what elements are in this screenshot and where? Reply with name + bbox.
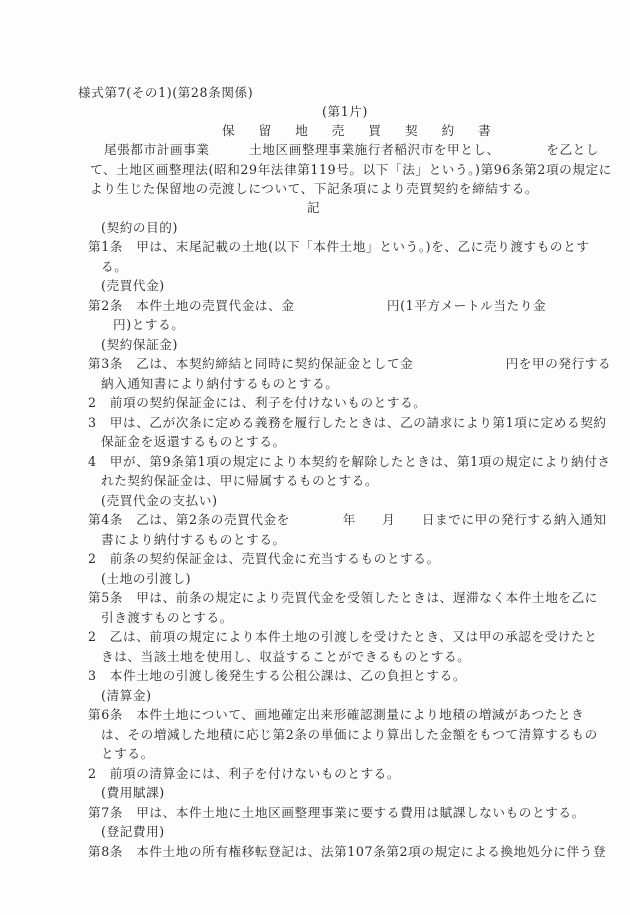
clause-line: 2 乙は、前項の規定により本件土地の引渡しを受けたとき、又は甲の承認を受けたと — [88, 627, 597, 647]
article-line: る。 — [101, 257, 127, 277]
section-heading: (登記費用) — [101, 822, 165, 842]
article-line: とする。 — [101, 744, 154, 764]
clause-line: 2 前条の契約保証金は、売買代金に充当するものとする。 — [88, 549, 440, 569]
article-line: は、その増減した地積に応じ第2条の単価により算出した金額をもつて清算するもの — [101, 725, 598, 745]
article-5: 第5条 甲は、前条の規定により売買代金を受領したときは、遅滞なく本件土地を乙に — [88, 588, 598, 608]
section-heading: (売買代金) — [101, 276, 165, 296]
article-line: れた契約保証金は、甲に帰属するものとする。 — [101, 471, 378, 491]
section-heading: (土地の引渡し) — [101, 569, 191, 589]
article-line: きは、当該土地を使用し、収益することができるものとする。 — [101, 647, 470, 667]
sheet-label: (第1片) — [0, 102, 630, 122]
article-6: 第6条 本件土地について、画地確定出来形確認測量により地積の増減があつたとき — [88, 705, 584, 725]
article-line: 書により納付するものとする。 — [101, 530, 286, 550]
preamble-line: より生じた保留地の売渡しについて、下記条項により売買契約を締結する。 — [90, 179, 538, 199]
article-line: 引き渡すものとする。 — [101, 608, 233, 628]
section-heading: (清算金) — [101, 686, 152, 706]
article-8: 第8条 本件土地の所有権移転登記は、法第107条第2項の規定による換地処分に伴う… — [88, 842, 606, 862]
form-label: 様式第7(その1)(第28条関係) — [78, 83, 253, 103]
section-heading: (契約の目的) — [101, 218, 178, 238]
article-3: 第3条 乙は、本契約締結と同時に契約保証金として金 円を甲の発行する — [88, 354, 611, 374]
section-heading: (契約保証金) — [101, 335, 178, 355]
clause-line: 4 甲が、第9条第1項の規定により本契約を解除したときは、第1項の規定により納付… — [88, 452, 611, 472]
preamble-line: て、土地区画整理法(昭和29年法律第119号。以下「法」という。)第96条第2項… — [90, 160, 612, 180]
clause-line: 3 本件土地の引渡し後発生する公租公課は、乙の負担とする。 — [88, 666, 466, 686]
article-2: 第2条 本件土地の売買代金は、金 円(1平方メートル当たり金 — [88, 296, 546, 316]
clause-line: 2 前項の契約保証金には、利子を付けないものとする。 — [88, 393, 426, 413]
section-heading: (売買代金の支払い) — [101, 491, 218, 511]
article-line: 円)とする。 — [113, 315, 184, 335]
article-7: 第7条 甲は、本件土地に土地区画整理事業に要する費用は賦課しないものとする。 — [88, 803, 585, 823]
clause-line: 3 甲は、乙が次条に定める義務を履行したときは、乙の請求により第1項に定める契約 — [88, 413, 607, 433]
article-1: 第1条 甲は、末尾記載の土地(以下「本件土地」という。)を、乙に売り渡すものとす — [88, 237, 590, 257]
article-line: 保証金を返還するものとする。 — [101, 432, 286, 452]
article-4: 第4条 乙は、第2条の売買代金を 年 月 日までに甲の発行する納入通知 — [88, 510, 607, 530]
article-line: 納入通知書により納付するものとする。 — [101, 374, 339, 394]
ki-heading: 記 — [307, 198, 320, 218]
document-page: 様式第7(その1)(第28条関係) (第1片) 保 留 地 売 買 契 約 書 … — [0, 0, 630, 915]
preamble-line: 尾張都市計画事業 土地区画整理事業施行者稲沢市を甲とし、 を乙とし — [104, 140, 599, 160]
document-title: 保 留 地 売 買 契 約 書 — [222, 121, 501, 141]
clause-line: 2 前項の清算金には、利子を付けないものとする。 — [88, 764, 400, 784]
section-heading: (費用賦課) — [101, 783, 165, 803]
